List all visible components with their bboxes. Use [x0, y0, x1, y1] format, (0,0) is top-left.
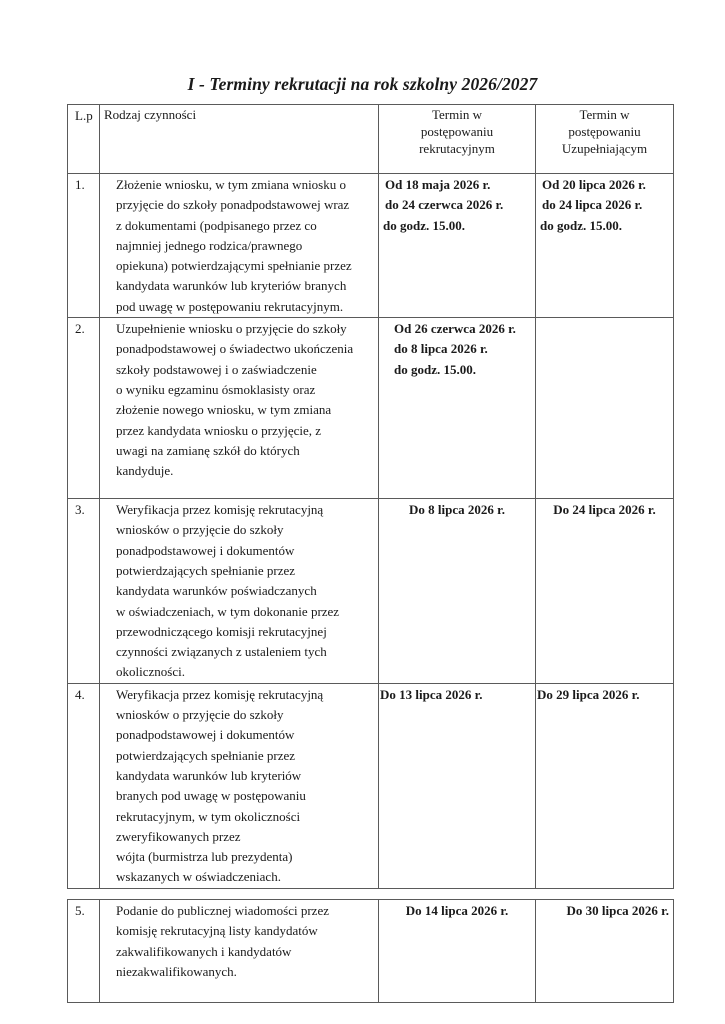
header-term-supp-line: Uzupełniającym: [536, 140, 673, 157]
term-line: do godz. 15.00.: [540, 216, 671, 236]
activity-line: kandydata warunków lub kryteriów branych: [116, 276, 374, 296]
row-term-main: Do 13 lipca 2026 r.: [379, 683, 536, 888]
header-term-main-line: rekrutacyjnym: [379, 140, 535, 157]
row-activity: Uzupełnienie wniosku o przyjęcie do szko…: [100, 318, 379, 499]
row-activity: Podanie do publicznej wiadomości przezko…: [100, 900, 379, 1003]
activity-line: wskazanych w oświadczeniach.: [116, 867, 374, 887]
activity-line: opiekuna) potwierdzającymi spełnianie pr…: [116, 256, 374, 276]
activity-line: w oświadczeniach, w tym dokonanie przez: [116, 602, 374, 622]
activity-line: czynności związanych z ustaleniem tych: [116, 642, 374, 662]
row-term-supplementary: [536, 318, 674, 499]
activity-line: branych pod uwagę w postępowaniu: [116, 786, 374, 806]
activity-line: przewodniczącego komisji rekrutacyjnej: [116, 622, 374, 642]
term-line: do godz. 15.00.: [383, 216, 533, 236]
activity-line: kandyduje.: [116, 461, 374, 481]
activity-line: złożenie nowego wniosku, w tym zmiana: [116, 400, 374, 420]
table-row: 4. Weryfikacja przez komisję rekrutacyjn…: [68, 683, 674, 888]
row-activity: Weryfikacja przez komisję rekrutacyjnąwn…: [100, 499, 379, 684]
row-term-main: Od 26 czerwca 2026 r. do 8 lipca 2026 r.…: [379, 318, 536, 499]
recruitment-schedule-table: L.p Rodzaj czynności Termin w postępowan…: [67, 104, 674, 889]
header-term-main: Termin w postępowaniu rekrutacyjnym: [379, 105, 536, 174]
row-number: 3.: [68, 499, 100, 684]
header-term-main-line: Termin w: [379, 106, 535, 123]
activity-line: wniosków o przyjęcie do szkoły: [116, 520, 374, 540]
row-number: 5.: [68, 900, 100, 1003]
activity-line: potwierdzających spełnianie przez: [116, 746, 374, 766]
term-line: do 8 lipca 2026 r.: [394, 339, 533, 359]
header-term-supp-line: Termin w: [536, 106, 673, 123]
activity-line: przez kandydata wniosku o przyjęcie, z: [116, 421, 374, 441]
table-row: 2. Uzupełnienie wniosku o przyjęcie do s…: [68, 318, 674, 499]
term-line: Od 26 czerwca 2026 r.: [394, 319, 533, 339]
header-activity: Rodzaj czynności: [100, 105, 379, 174]
header-term-supp-line: postępowaniu: [536, 123, 673, 140]
table-row: 3. Weryfikacja przez komisję rekrutacyjn…: [68, 499, 674, 684]
activity-line: ponadpodstawowej i dokumentów: [116, 541, 374, 561]
row-term-supplementary: Do 29 lipca 2026 r.: [536, 683, 674, 888]
term-line: Od 18 maja 2026 r.: [383, 175, 533, 195]
activity-line: pod uwagę w postępowaniu rekrutacyjnym.: [116, 297, 374, 317]
term-line: Od 20 lipca 2026 r.: [540, 175, 671, 195]
row-term-supplementary: Od 20 lipca 2026 r. do 24 lipca 2026 r. …: [536, 174, 674, 318]
activity-line: Weryfikacja przez komisję rekrutacyjną: [116, 500, 374, 520]
activity-line: rekrutacyjnym, w tym okoliczności: [116, 807, 374, 827]
activity-line: najmniej jednego rodzica/prawnego: [116, 236, 374, 256]
activity-line: zweryfikowanych przez: [116, 827, 374, 847]
activity-line: kandydata warunków poświadczanych: [116, 581, 374, 601]
term-line: do 24 lipca 2026 r.: [540, 195, 671, 215]
activity-line: okoliczności.: [116, 662, 374, 682]
activity-line: kandydata warunków lub kryteriów: [116, 766, 374, 786]
table-header-row: L.p Rodzaj czynności Termin w postępowan…: [68, 105, 674, 174]
activity-line: uwagi na zamianę szkół do których: [116, 441, 374, 461]
activity-line: szkoły podstawowej i o zaświadczenie: [116, 360, 374, 380]
recruitment-schedule-table-continued: 5. Podanie do publicznej wiadomości prze…: [67, 899, 674, 1003]
activity-line: Złożenie wniosku, w tym zmiana wniosku o: [116, 175, 374, 195]
table-row: 5. Podanie do publicznej wiadomości prze…: [68, 900, 674, 1003]
activity-line: Podanie do publicznej wiadomości przez: [116, 901, 374, 921]
row-number: 2.: [68, 318, 100, 499]
row-activity: Złożenie wniosku, w tym zmiana wniosku o…: [100, 174, 379, 318]
activity-line: zakwalifikowanych i kandydatów: [116, 942, 374, 962]
header-term-supplementary: Termin w postępowaniu Uzupełniającym: [536, 105, 674, 174]
activity-line: komisję rekrutacyjną listy kandydatów: [116, 921, 374, 941]
activity-line: Weryfikacja przez komisję rekrutacyjną: [116, 685, 374, 705]
term-line: do godz. 15.00.: [394, 360, 533, 380]
header-term-main-line: postępowaniu: [379, 123, 535, 140]
row-activity: Weryfikacja przez komisję rekrutacyjnąwn…: [100, 683, 379, 888]
activity-line: z dokumentami (podpisanego przez co: [116, 216, 374, 236]
row-number: 4.: [68, 683, 100, 888]
activity-line: ponadpodstawowej i dokumentów: [116, 725, 374, 745]
header-lp: L.p: [68, 105, 100, 174]
row-number: 1.: [68, 174, 100, 318]
table-row: 1. Złożenie wniosku, w tym zmiana wniosk…: [68, 174, 674, 318]
activity-line: niezakwalifikowanych.: [116, 962, 374, 982]
activity-line: Uzupełnienie wniosku o przyjęcie do szko…: [116, 319, 374, 339]
activity-line: ponadpodstawowej o świadectwo ukończenia: [116, 339, 374, 359]
row-term-supplementary: Do 30 lipca 2026 r.: [536, 900, 674, 1003]
activity-line: o wyniku egzaminu ósmoklasisty oraz: [116, 380, 374, 400]
activity-line: wniosków o przyjęcie do szkoły: [116, 705, 374, 725]
term-line: do 24 czerwca 2026 r.: [383, 195, 533, 215]
row-term-main: Do 8 lipca 2026 r.: [379, 499, 536, 684]
row-term-supplementary: Do 24 lipca 2026 r.: [536, 499, 674, 684]
activity-line: wójta (burmistrza lub prezydenta): [116, 847, 374, 867]
document-title: I - Terminy rekrutacji na rok szkolny 20…: [0, 74, 725, 95]
row-term-main: Do 14 lipca 2026 r.: [379, 900, 536, 1003]
activity-line: potwierdzających spełnianie przez: [116, 561, 374, 581]
row-term-main: Od 18 maja 2026 r. do 24 czerwca 2026 r.…: [379, 174, 536, 318]
activity-line: przyjęcie do szkoły ponadpodstawowej wra…: [116, 195, 374, 215]
